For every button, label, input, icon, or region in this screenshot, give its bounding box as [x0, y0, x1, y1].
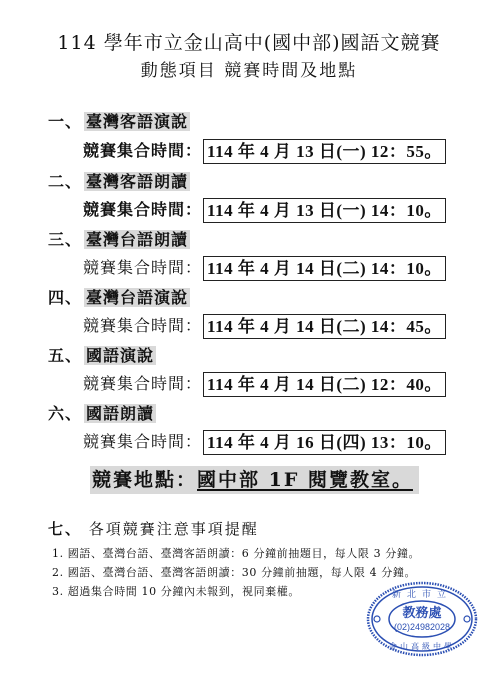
- seal-icon: 新北市立 教務處 (02)24982028 金山高級中學: [366, 581, 478, 657]
- event-name: 國語演說: [84, 346, 156, 365]
- seal-phone: (02)24982028: [394, 622, 450, 632]
- event-number: 五、: [48, 344, 84, 368]
- time-label: 競賽集合時間：: [83, 196, 202, 224]
- event-time-row-4: 競賽集合時間：114 年 4 月 14 日(二) 14：45。: [83, 312, 446, 340]
- event-heading-4: 四、臺灣台語演說: [48, 286, 190, 310]
- event-number: 二、: [48, 170, 84, 194]
- event-time-row-1: 競賽集合時間：114 年 4 月 13 日(一) 12：55。: [83, 137, 446, 165]
- office-seal-stamp: 新北市立 教務處 (02)24982028 金山高級中學: [366, 581, 478, 657]
- venue-value: 國中部 1F 閱覽教室。: [197, 469, 413, 491]
- time-value-box: 114 年 4 月 13 日(一) 12：55。: [203, 139, 446, 164]
- note-item-3: 3. 超過集合時間 10 分鐘內未報到，視同棄權。: [52, 583, 300, 599]
- event-heading-1: 一、臺灣客語演說: [48, 110, 190, 134]
- venue-banner: 競賽地點：國中部 1F 閱覽教室。: [90, 466, 419, 494]
- event-heading-5: 五、國語演說: [48, 344, 156, 368]
- seal-ring-top: 新北市立: [392, 588, 452, 600]
- event-time-row-6: 競賽集合時間：114 年 4 月 16 日(四) 13：10。: [83, 428, 446, 456]
- notes-heading: 七、 各項競賽注意事項提醒: [48, 518, 259, 539]
- event-heading-6: 六、國語朗讀: [48, 402, 156, 426]
- time-label: 競賽集合時間：: [83, 428, 202, 456]
- event-name: 臺灣客語演說: [84, 112, 190, 131]
- event-number: 六、: [48, 402, 84, 426]
- time-label: 競賽集合時間：: [83, 370, 202, 398]
- event-time-row-2: 競賽集合時間：114 年 4 月 13 日(一) 14：10。: [83, 196, 446, 224]
- note-item-2: 2. 國語、臺灣台語、臺灣客語朗讀：30 分鐘前抽題，每人限 4 分鐘。: [52, 564, 416, 580]
- document-title: 114 學年市立金山高中(國中部)國語文競賽: [0, 28, 498, 55]
- notes-number: 七、: [48, 520, 82, 538]
- event-name: 臺灣客語朗讀: [84, 172, 190, 191]
- notes-title: 各項競賽注意事項提醒: [89, 520, 259, 538]
- event-name: 臺灣台語朗讀: [84, 230, 190, 249]
- event-number: 四、: [48, 286, 84, 310]
- event-time-row-3: 競賽集合時間：114 年 4 月 14 日(二) 14：10。: [83, 254, 446, 282]
- event-heading-3: 三、臺灣台語朗讀: [48, 228, 190, 252]
- time-label: 競賽集合時間：: [83, 312, 202, 340]
- time-value-box: 114 年 4 月 16 日(四) 13：10。: [203, 430, 446, 455]
- time-value-box: 114 年 4 月 14 日(二) 14：45。: [203, 314, 446, 339]
- time-label: 競賽集合時間：: [83, 137, 202, 165]
- seal-ring-bottom: 金山高級中學: [389, 641, 455, 651]
- event-time-row-5: 競賽集合時間：114 年 4 月 14 日(二) 12：40。: [83, 370, 446, 398]
- event-heading-2: 二、臺灣客語朗讀: [48, 170, 190, 194]
- time-value-box: 114 年 4 月 14 日(二) 14：10。: [203, 256, 446, 281]
- event-name: 臺灣台語演說: [84, 288, 190, 307]
- event-name: 國語朗讀: [84, 404, 156, 423]
- time-label: 競賽集合時間：: [83, 254, 202, 282]
- document-subtitle: 動態項目 競賽時間及地點: [0, 56, 498, 81]
- seal-center-text: 教務處: [401, 605, 441, 621]
- venue-label: 競賽地點：: [92, 469, 197, 491]
- event-number: 一、: [48, 110, 84, 134]
- note-item-1: 1. 國語、臺灣台語、臺灣客語朗讀：6 分鐘前抽題目，每人限 3 分鐘。: [52, 545, 420, 561]
- time-value-box: 114 年 4 月 13 日(一) 14：10。: [203, 198, 446, 223]
- time-value-box: 114 年 4 月 14 日(二) 12：40。: [203, 372, 446, 397]
- event-number: 三、: [48, 228, 84, 252]
